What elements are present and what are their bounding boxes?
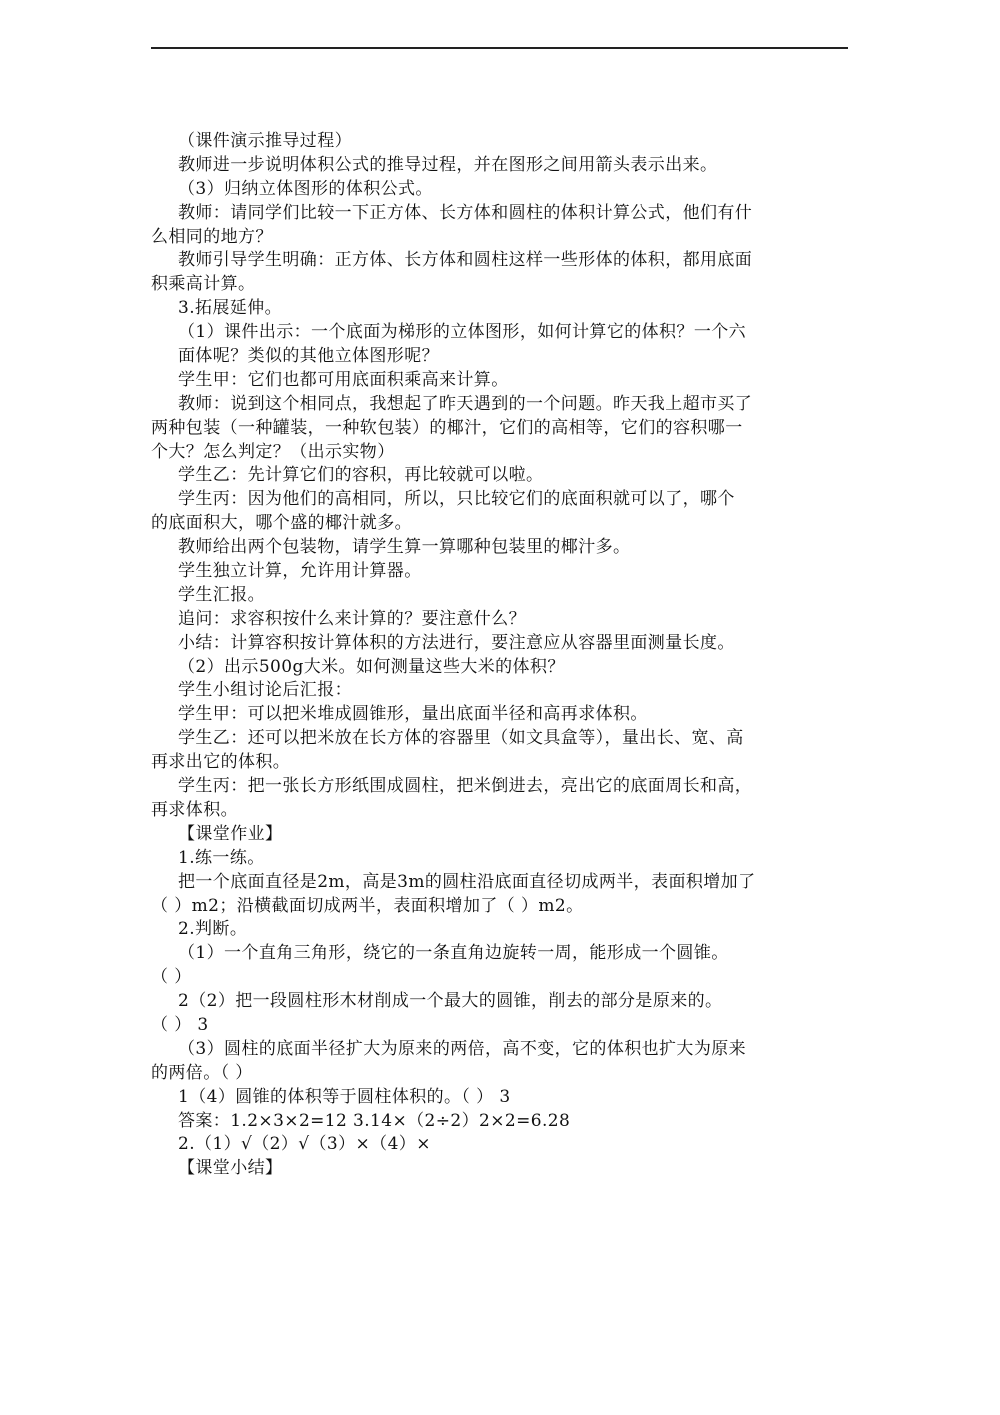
- text-line: （ ）: [151, 966, 851, 990]
- text-line: 的底面积大，哪个盛的椰汁就多。: [151, 512, 851, 536]
- text-line: 学生丙：因为他们的高相同，所以，只比较它们的底面积就可以了，哪个: [151, 488, 851, 512]
- text-line: 教师进一步说明体积公式的推导过程，并在图形之间用箭头表示出来。: [151, 154, 851, 178]
- text-line: 面体呢？类似的其他立体图形呢？: [151, 345, 851, 369]
- text-line: 学生乙：先计算它们的容积，再比较就可以啦。: [151, 464, 851, 488]
- text-line: （2）出示500g大米。如何测量这些大米的体积？: [151, 656, 851, 680]
- text-line: 教师：请同学们比较一下正方体、长方体和圆柱的体积计算公式，他们有什: [151, 202, 851, 226]
- text-line: 学生汇报。: [151, 584, 851, 608]
- text-line: （3）圆柱的底面半径扩大为原来的两倍，高不变，它的体积也扩大为原来: [151, 1038, 851, 1062]
- text-line: （1）课件出示：一个底面为梯形的立体图形，如何计算它的体积？一个六: [151, 321, 851, 345]
- text-line: 学生独立计算，允许用计算器。: [151, 560, 851, 584]
- text-line: 教师给出两个包装物，请学生算一算哪种包装里的椰汁多。: [151, 536, 851, 560]
- text-line: （1）一个直角三角形，绕它的一条直角边旋转一周，能形成一个圆锥。: [151, 942, 851, 966]
- text-line: 学生甲：可以把米堆成圆锥形，量出底面半径和高再求体积。: [151, 703, 851, 727]
- text-line: 2.判断。: [151, 918, 851, 942]
- text-line: 追问：求容积按什么来计算的？要注意什么？: [151, 608, 851, 632]
- text-line: 学生小组讨论后汇报：: [151, 679, 851, 703]
- text-line: 2（2）把一段圆柱形木材削成一个最大的圆锥，削去的部分是原来的。: [151, 990, 851, 1014]
- text-line: 学生甲：它们也都可用底面积乘高来计算。: [151, 369, 851, 393]
- text-line: 1（4）圆锥的体积等于圆柱体积的。（ ） 3: [151, 1086, 851, 1110]
- text-line: 教师引导学生明确：正方体、长方体和圆柱这样一些形体的体积，都用底面: [151, 249, 851, 273]
- text-line: 【课堂小结】: [151, 1157, 851, 1181]
- text-line: （ ） 3: [151, 1014, 851, 1038]
- text-line: 3.拓展延伸。: [151, 297, 851, 321]
- text-line: 2.（1）√（2）√（3）×（4）×: [151, 1133, 851, 1157]
- text-line: 积乘高计算。: [151, 273, 851, 297]
- header-rule: [151, 47, 848, 49]
- text-line: 个大？怎么判定？（出示实物）: [151, 441, 851, 465]
- text-line: （课件演示推导过程）: [151, 130, 851, 154]
- text-line: （ ）m2；沿横截面切成两半，表面积增加了（ ）m2。: [151, 895, 851, 919]
- text-line: 学生乙：还可以把米放在长方体的容器里（如文具盒等），量出长、宽、高: [151, 727, 851, 751]
- document-body: （课件演示推导过程）教师进一步说明体积公式的推导过程，并在图形之间用箭头表示出来…: [151, 130, 851, 1181]
- text-line: 1.练一练。: [151, 847, 851, 871]
- text-line: 答案：1.2×3×2=12 3.14×（2÷2）2×2=6.28: [151, 1110, 851, 1134]
- text-line: 把一个底面直径是2m，高是3m的圆柱沿底面直径切成两半，表面积增加了: [151, 871, 851, 895]
- text-line: 小结：计算容积按计算体积的方法进行，要注意应从容器里面测量长度。: [151, 632, 851, 656]
- text-line: 的两倍。（ ）: [151, 1062, 851, 1086]
- text-line: 再求出它的体积。: [151, 751, 851, 775]
- text-line: （3）归纳立体图形的体积公式。: [151, 178, 851, 202]
- text-line: 两种包装（一种罐装，一种软包装）的椰汁，它们的高相等，它们的容积哪一: [151, 417, 851, 441]
- text-line: 么相同的地方？: [151, 226, 851, 250]
- text-line: 教师：说到这个相同点，我想起了昨天遇到的一个问题。昨天我上超市买了: [151, 393, 851, 417]
- text-line: 【课堂作业】: [151, 823, 851, 847]
- text-line: 再求体积。: [151, 799, 851, 823]
- text-line: 学生丙：把一张长方形纸围成圆柱，把米倒进去，亮出它的底面周长和高，: [151, 775, 851, 799]
